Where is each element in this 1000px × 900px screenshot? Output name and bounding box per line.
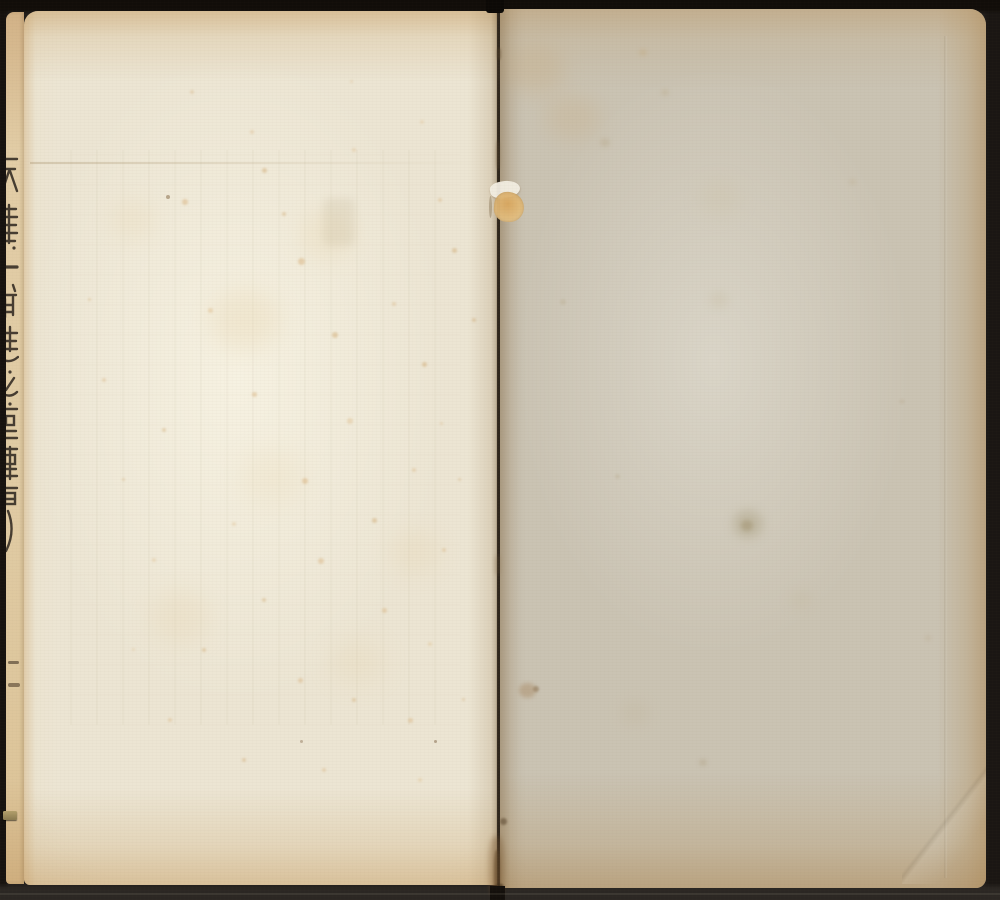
right-page [500, 9, 986, 888]
tear-shadow [489, 196, 492, 218]
spine-label-strip [6, 12, 24, 884]
tear-patch [482, 178, 532, 230]
tear-patch-core [493, 191, 526, 224]
spine-label-characters [6, 145, 19, 557]
left-page [24, 11, 497, 885]
seam-gap-top [486, 0, 504, 13]
bottom-edge-highlight [0, 893, 1000, 895]
binding-staple [3, 811, 17, 820]
book-scan-backdrop [0, 0, 1000, 900]
